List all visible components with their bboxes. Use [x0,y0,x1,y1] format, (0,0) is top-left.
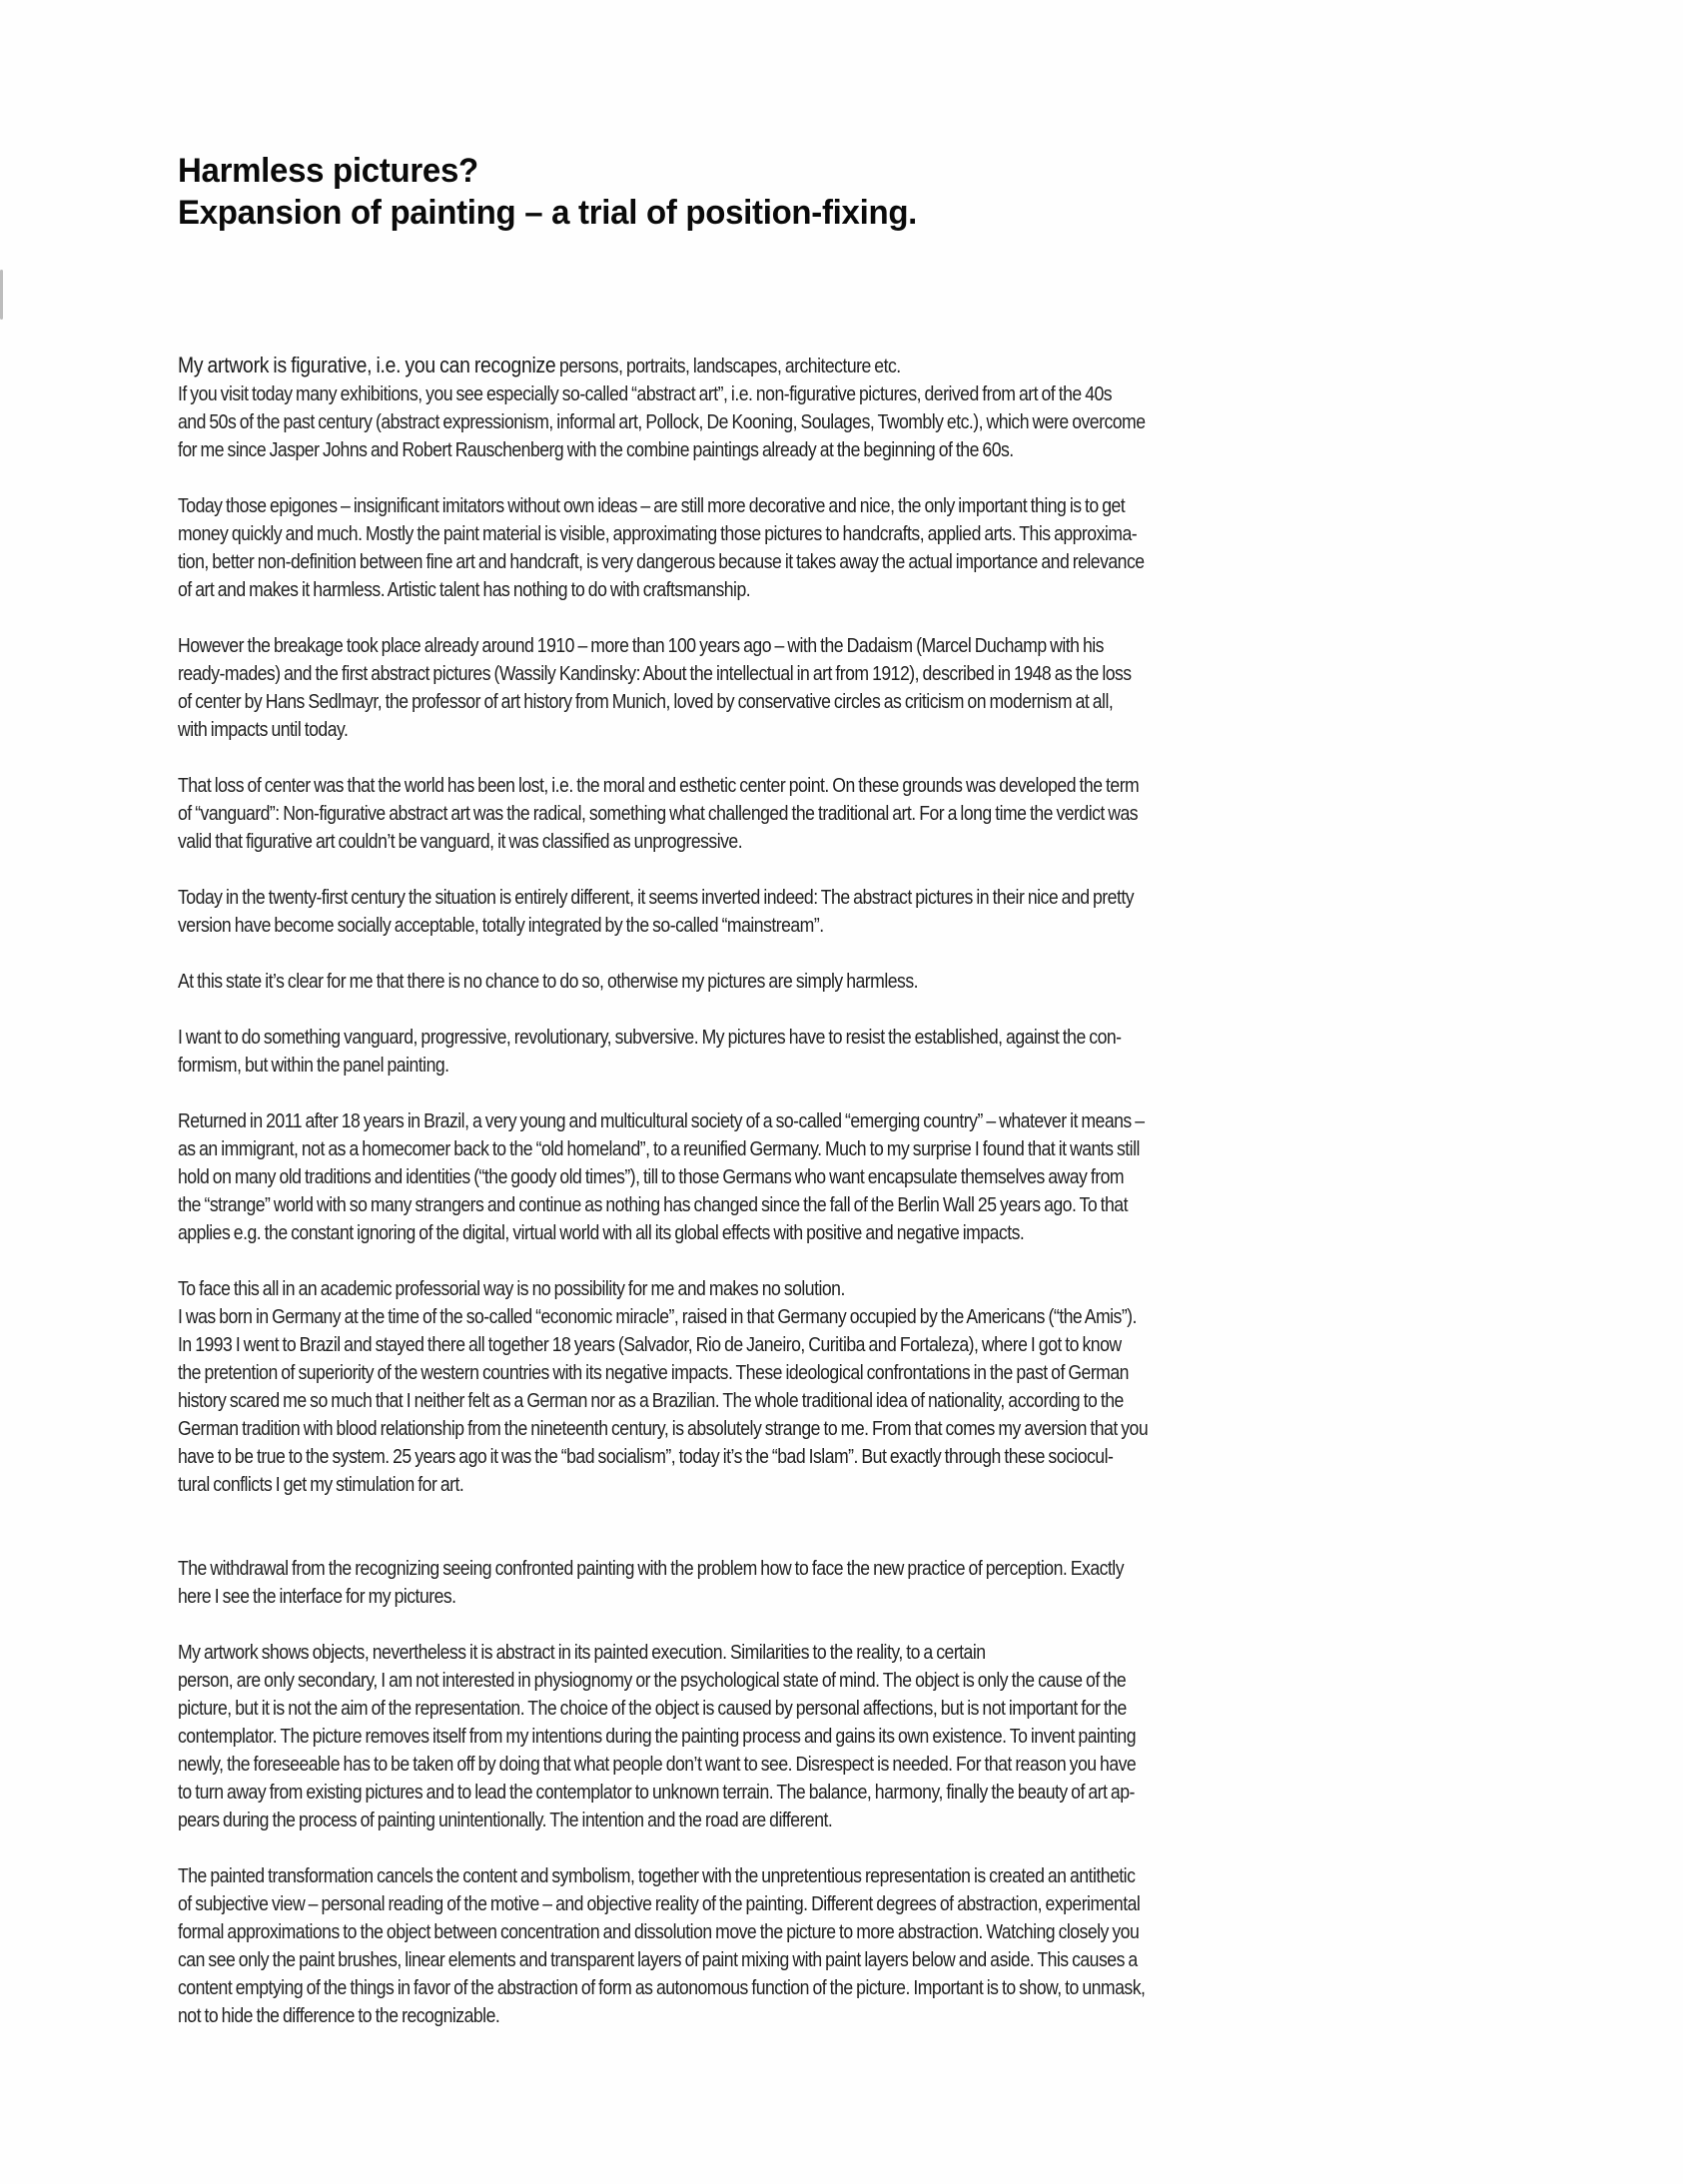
paragraph: However the breakage took place already … [178,632,1528,744]
text-line: for me since Jasper Johns and Robert Rau… [178,436,1525,464]
text-line: tural conflicts I get my stimulation for… [178,1471,1525,1499]
text-line: I want to do something vanguard, progres… [178,1024,1525,1052]
text-line: of art and makes it harmless. Artistic t… [178,576,1525,604]
paragraph: Returned in 2011 after 18 years in Brazi… [178,1107,1528,1247]
text-line: newly, the foreseeable has to be taken o… [178,1751,1525,1779]
scan-edge-mark [0,270,3,320]
text-line: applies e.g. the constant ignoring of th… [178,1219,1525,1247]
text-line: version have become socially acceptable,… [178,912,1525,940]
text-line: the “strange” world with so many strange… [178,1191,1525,1219]
text-line: of center by Hans Sedlmayr, the professo… [178,688,1525,716]
paragraph: My artwork is figurative, i.e. you can r… [178,352,1528,464]
text-line: Today in the twenty-first century the si… [178,884,1525,912]
text-line: My artwork is figurative, i.e. you can r… [178,352,1525,380]
text-line: That loss of center was that the world h… [178,772,1525,800]
text-line: content emptying of the things in favor … [178,1974,1525,2002]
paragraph: At this state it’s clear for me that the… [178,968,1528,996]
text-line: However the breakage took place already … [178,632,1525,660]
text-line: picture, but it is not the aim of the re… [178,1695,1525,1723]
text-line: In 1993 I went to Brazil and stayed ther… [178,1331,1525,1359]
text-line: formal approximations to the object betw… [178,1918,1525,1946]
document-title: Harmless pictures? Expansion of painting… [178,150,1476,234]
text-line: I was born in Germany at the time of the… [178,1303,1525,1331]
text-line: German tradition with blood relationship… [178,1415,1525,1443]
text-line: Returned in 2011 after 18 years in Brazi… [178,1107,1525,1135]
text-line: of “vanguard”: Non-figurative abstract a… [178,800,1525,828]
paragraph: The painted transformation cancels the c… [178,1862,1528,2030]
text-line: At this state it’s clear for me that the… [178,968,1525,996]
text-line: as an immigrant, not as a homecomer back… [178,1135,1525,1163]
text-line: The withdrawal from the recognizing seei… [178,1555,1525,1583]
text-line: with impacts until today. [178,716,1525,744]
document-body: My artwork is figurative, i.e. you can r… [178,352,1528,2058]
text-line: ready-mades) and the first abstract pict… [178,660,1525,688]
text-line: pears during the process of painting uni… [178,1807,1525,1834]
text-line: tion, better non-definition between fine… [178,548,1525,576]
text-line: money quickly and much. Mostly the paint… [178,520,1525,548]
text-line: not to hide the difference to the recogn… [178,2002,1525,2030]
text-line: here I see the interface for my pictures… [178,1583,1525,1611]
text-line: formism, but within the panel painting. [178,1052,1525,1080]
text-line: The painted transformation cancels the c… [178,1862,1525,1890]
paragraph: Today those epigones – insignificant imi… [178,492,1528,604]
text-line: to turn away from existing pictures and … [178,1779,1525,1807]
title-line-1: Harmless pictures? [178,150,1437,192]
paragraph: The withdrawal from the recognizing seei… [178,1555,1528,1611]
document-page: Harmless pictures? Expansion of painting… [0,0,1683,2184]
paragraph: To face this all in an academic professo… [178,1275,1528,1499]
text-line: person, are only secondary, I am not int… [178,1667,1525,1695]
text-line: history scared me so much that I neither… [178,1387,1525,1415]
text-span: persons, portraits, landscapes, architec… [555,355,900,377]
lead-text: My artwork is figurative, i.e. you can r… [178,353,555,377]
text-line: can see only the paint brushes, linear e… [178,1946,1525,1974]
paragraph: Today in the twenty-first century the si… [178,884,1528,940]
text-line: Today those epigones – insignificant imi… [178,492,1525,520]
paragraph: My artwork shows objects, nevertheless i… [178,1639,1528,1834]
text-line: My artwork shows objects, nevertheless i… [178,1639,1525,1667]
paragraph: That loss of center was that the world h… [178,772,1528,856]
text-line: of subjective view – personal reading of… [178,1890,1525,1918]
text-line: contemplator. The picture removes itself… [178,1723,1525,1751]
text-line: To face this all in an academic professo… [178,1275,1525,1303]
text-line: If you visit today many exhibitions, you… [178,380,1525,408]
text-line: valid that figurative art couldn’t be va… [178,828,1525,856]
paragraph: I want to do something vanguard, progres… [178,1024,1528,1080]
text-line: have to be true to the system. 25 years … [178,1443,1525,1471]
text-line: the pretention of superiority of the wes… [178,1359,1525,1387]
text-line: hold on many old traditions and identiti… [178,1163,1525,1191]
title-line-2: Expansion of painting – a trial of posit… [178,192,1437,234]
text-line: and 50s of the past century (abstract ex… [178,408,1525,436]
